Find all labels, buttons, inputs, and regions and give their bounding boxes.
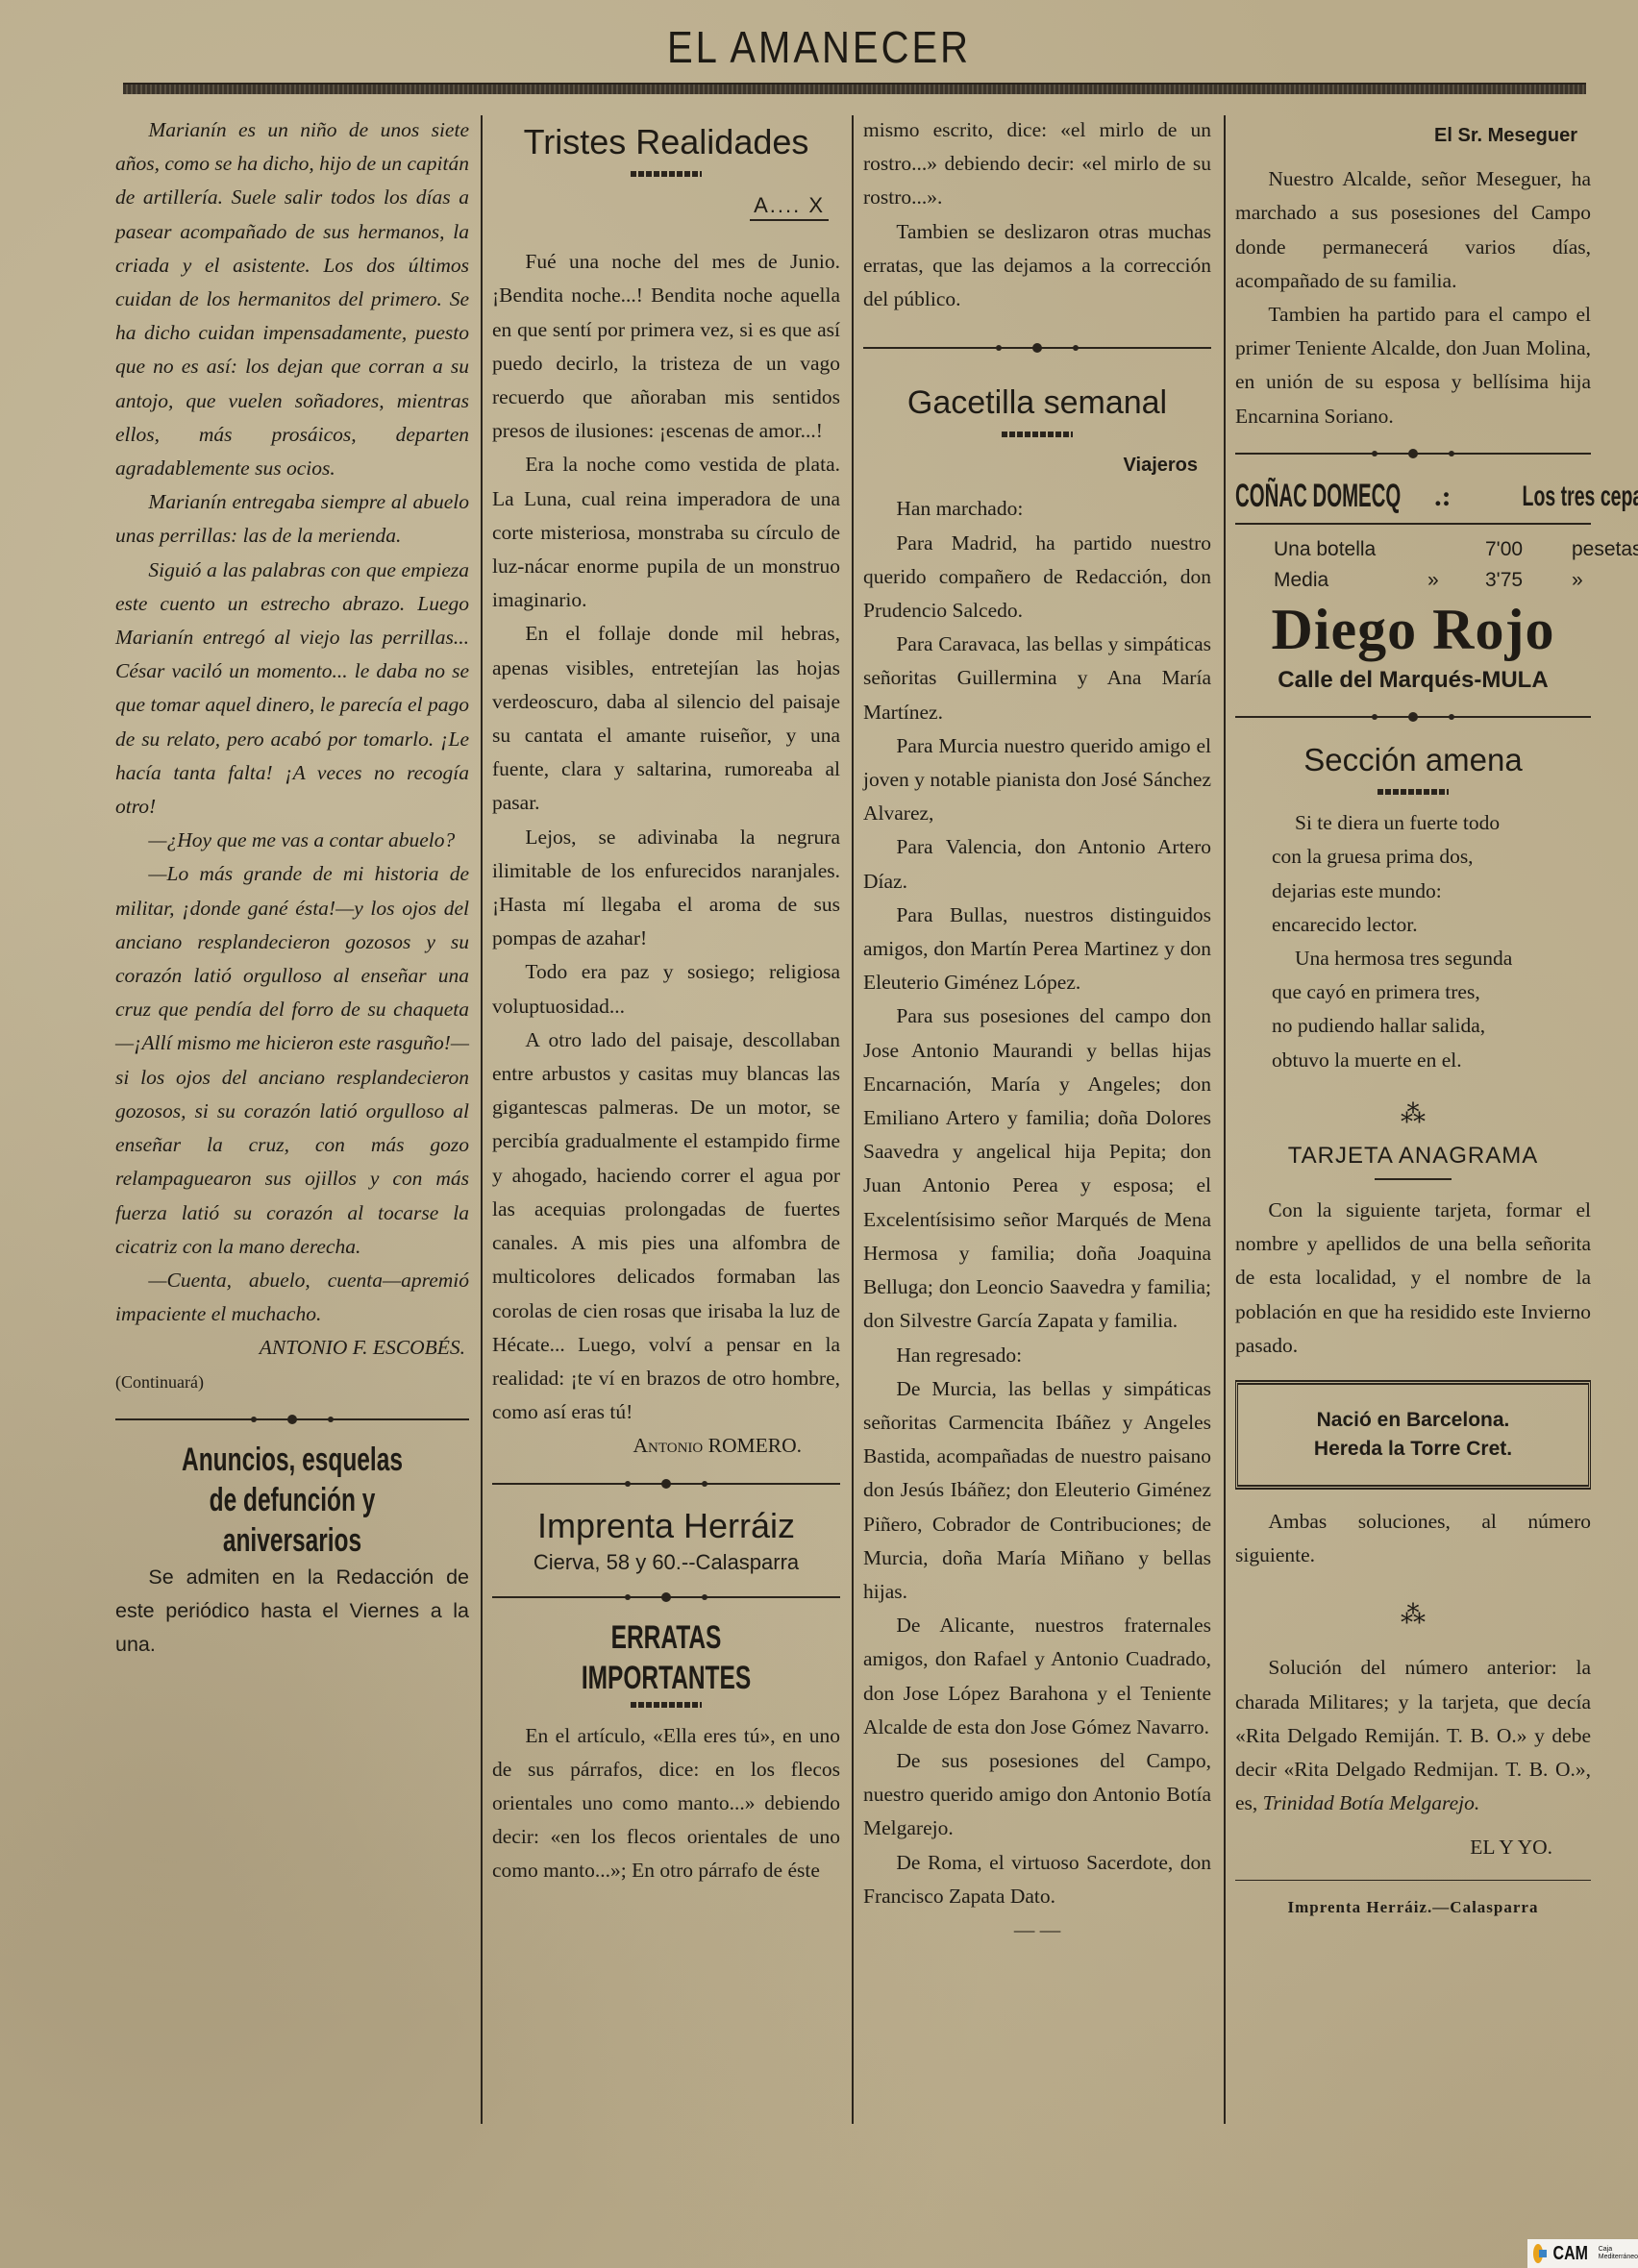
logo-sub2: Mediterráneo — [1599, 2254, 1638, 2260]
printer-footer: Imprenta Herráiz.—Calasparra — [1235, 1880, 1591, 1924]
paragraph: —¿Hoy que me vas a contar abuelo? — [115, 824, 469, 857]
paragraph: mismo escrito, dice: «el mirlo de un ros… — [863, 113, 1211, 215]
paragraph: En el artículo, «Ella eres tú», en uno d… — [492, 1719, 840, 1888]
column-tristes-realidades: Tristes Realidades A.... X Fué una noche… — [492, 113, 840, 1888]
logo-sub1: Caja — [1599, 2246, 1612, 2253]
cognac-ad-header: COÑAC DOMECQ .: Los tres cepas — [1235, 474, 1591, 525]
ornamental-divider — [492, 1477, 840, 1491]
price-row: Media » 3'75 » — [1235, 565, 1591, 596]
column-gacetilla: mismo escrito, dice: «el mirlo de un ros… — [863, 113, 1211, 1947]
paragraph: Siguió a las palabras con que empieza es… — [115, 554, 469, 825]
archive-watermark-logo: CAM CajaMediterráneo — [1527, 2239, 1638, 2268]
paragraph: Lejos, se adivinaba la negrura ilimitabl… — [492, 821, 840, 956]
imprenta-name: Imprenta Herráiz — [492, 1504, 840, 1548]
ad-title-line1: Anuncios, esquelas — [165, 1440, 420, 1480]
section-title: Gacetilla semanal — [863, 380, 1211, 426]
ornamental-divider — [1235, 447, 1591, 460]
paragraph: A otro lado del paisaje, descollaban ent… — [492, 1023, 840, 1429]
anagram-card: Nació en Barcelona. Hereda la Torre Cret… — [1235, 1380, 1591, 1490]
ad-separator: .: — [1434, 480, 1452, 513]
price-unit: » — [1572, 565, 1591, 596]
paragraph: Para Valencia, don Antonio Artero Díaz. — [863, 830, 1211, 898]
price-unit: pesetas — [1572, 534, 1638, 565]
poem-line: obtuvo la muerte en el. — [1272, 1044, 1591, 1077]
poem-line: dejarias este mundo: — [1272, 875, 1591, 908]
paragraph: En el follaje donde mil hebras, apenas v… — [492, 617, 840, 820]
solution-answer: Trinidad Botía Melgarejo. — [1263, 1791, 1480, 1814]
price-row: Una botella 7'00 pesetas — [1235, 534, 1591, 565]
article-title: Tristes Realidades — [492, 119, 840, 165]
paragraph: Han marchado: — [863, 492, 1211, 526]
paragraph: —Lo más grande de mi historia de militar… — [115, 857, 469, 1263]
price-item: Media — [1274, 565, 1427, 596]
asterism: ⁂ — [1235, 1100, 1591, 1129]
dotted-rule — [1002, 431, 1073, 437]
price-value: 7'00 — [1485, 534, 1572, 565]
paragraph: De Alicante, nuestros fraternales amigos… — [863, 1609, 1211, 1744]
subhead-meseguer: El Sr. Meseguer — [1235, 119, 1577, 153]
ad-text: Se admiten en la Redacción de este perió… — [115, 1561, 469, 1663]
price-item: Una botella — [1274, 534, 1427, 565]
erratas-title: ERRATAS IMPORTANTES — [541, 1617, 792, 1698]
masthead-title: EL AMANECER — [0, 24, 1638, 74]
cam-logo-icon — [1533, 2244, 1543, 2263]
paragraph: Han regresado: — [863, 1339, 1211, 1372]
logo-brand: CAM — [1553, 2243, 1588, 2265]
anagrama-title: TARJETA ANAGRAMA — [1235, 1139, 1591, 1172]
price-mark — [1427, 534, 1485, 565]
price-mark: » — [1427, 565, 1485, 596]
column-divider — [481, 115, 483, 2124]
byline: A.... X — [492, 188, 829, 222]
paragraph: Para Caravaca, las bellas y simpáticas s… — [863, 628, 1211, 729]
ad-tagline: Los tres cepas — [1522, 480, 1638, 513]
paragraph: De sus posesiones del Campo, nuestro que… — [863, 1744, 1211, 1846]
logo-subtitle: CajaMediterráneo — [1599, 2246, 1638, 2261]
paragraph: Ambas soluciones, al número siguiente. — [1235, 1505, 1591, 1572]
dotted-rule — [631, 1702, 702, 1708]
masthead-rule — [123, 83, 1586, 94]
poem-line: con la gruesa prima dos, — [1272, 840, 1591, 874]
imprenta-ad: Imprenta Herráiz Cierva, 58 y 60.--Calas… — [492, 1504, 840, 1577]
ornamental-divider — [1235, 710, 1591, 724]
poem-line: Si te diera un fuerte todo — [1295, 806, 1591, 840]
poem-line: que cayó en primera tres, — [1272, 975, 1591, 1009]
ornamental-divider — [115, 1413, 469, 1426]
author-signature: ANTONIO F. ESCOBÉS. — [115, 1331, 465, 1365]
continued-note: (Continuará) — [115, 1366, 469, 1399]
short-rule — [1375, 1178, 1452, 1180]
ad-brand: COÑAC DOMECQ — [1235, 480, 1401, 513]
paragraph: Marianín es un niño de unos siete años, … — [115, 113, 469, 485]
merchant-address: Calle del Marqués-MULA — [1235, 663, 1591, 697]
ad-title-line2: de defunción y aniversarios — [165, 1480, 420, 1561]
paragraph: Solución del número anterior: la charada… — [1235, 1651, 1591, 1820]
column-story-continuation: Marianín es un niño de unos siete años, … — [115, 113, 469, 1662]
paragraph: Para Bullas, nuestros distinguidos amigo… — [863, 899, 1211, 1000]
paragraph: Para Murcia nuestro querido amigo el jov… — [863, 729, 1211, 831]
asterism: ⁂ — [1235, 1601, 1591, 1630]
author-signature: Antonio ROMERO. — [492, 1429, 802, 1463]
paragraph: Para sus posesiones del campo don Jose A… — [863, 999, 1211, 1338]
column-divider — [1224, 115, 1226, 2124]
paragraph: Todo era paz y sosiego; religiosa volupt… — [492, 955, 840, 1023]
paragraph: —Cuenta, abuelo, cuenta—apremió impacien… — [115, 1264, 469, 1331]
poem-line: no pudiendo hallar salida, — [1272, 1009, 1591, 1043]
imprenta-address: Cierva, 58 y 60.--Calasparra — [492, 1548, 840, 1577]
merchant-name: Diego Rojo — [1235, 596, 1591, 663]
paragraph: Era la noche como vestida de plata. La L… — [492, 448, 840, 617]
byline-text: A.... X — [750, 193, 829, 221]
paragraph: Fué una noche del mes de Junio. ¡Bendita… — [492, 245, 840, 448]
card-line: Hereda la Torre Cret. — [1248, 1435, 1578, 1464]
ornamental-divider — [492, 1590, 840, 1604]
charade-poem: Si te diera un fuerte todo con la gruesa… — [1235, 806, 1591, 1077]
column-right: El Sr. Meseguer Nuestro Alcalde, señor M… — [1235, 113, 1591, 1924]
card-line: Nació en Barcelona. — [1248, 1406, 1578, 1435]
paragraph: Tambien se deslizaron otras muchas errat… — [863, 215, 1211, 317]
paragraph: De Roma, el virtuoso Sacerdote, don Fran… — [863, 1846, 1211, 1913]
price-value: 3'75 — [1485, 565, 1572, 596]
dotted-rule — [1377, 789, 1449, 795]
end-mark: — — — [863, 1913, 1211, 1947]
column-divider — [852, 115, 854, 2124]
paragraph: Para Madrid, ha partido nuestro querido … — [863, 527, 1211, 629]
paragraph: Nuestro Alcalde, señor Meseguer, ha marc… — [1235, 162, 1591, 298]
poem-line: encarecido lector. — [1272, 908, 1591, 942]
paragraph: Tambien ha partido para el campo el prim… — [1235, 298, 1591, 433]
section-title: Sección amena — [1235, 737, 1591, 783]
paragraph: Con la siguiente tarjeta, formar el nomb… — [1235, 1194, 1591, 1363]
poem-line: Una hermosa tres segunda — [1295, 942, 1591, 975]
dotted-rule — [631, 171, 702, 177]
paragraph: Marianín entregaba siempre al abuelo una… — [115, 485, 469, 553]
subhead-viajeros: Viajeros — [863, 449, 1198, 482]
paragraph: De Murcia, las bellas y simpáticas señor… — [863, 1372, 1211, 1609]
ornamental-divider — [863, 341, 1211, 355]
section-signature: EL Y YO. — [1235, 1831, 1552, 1864]
